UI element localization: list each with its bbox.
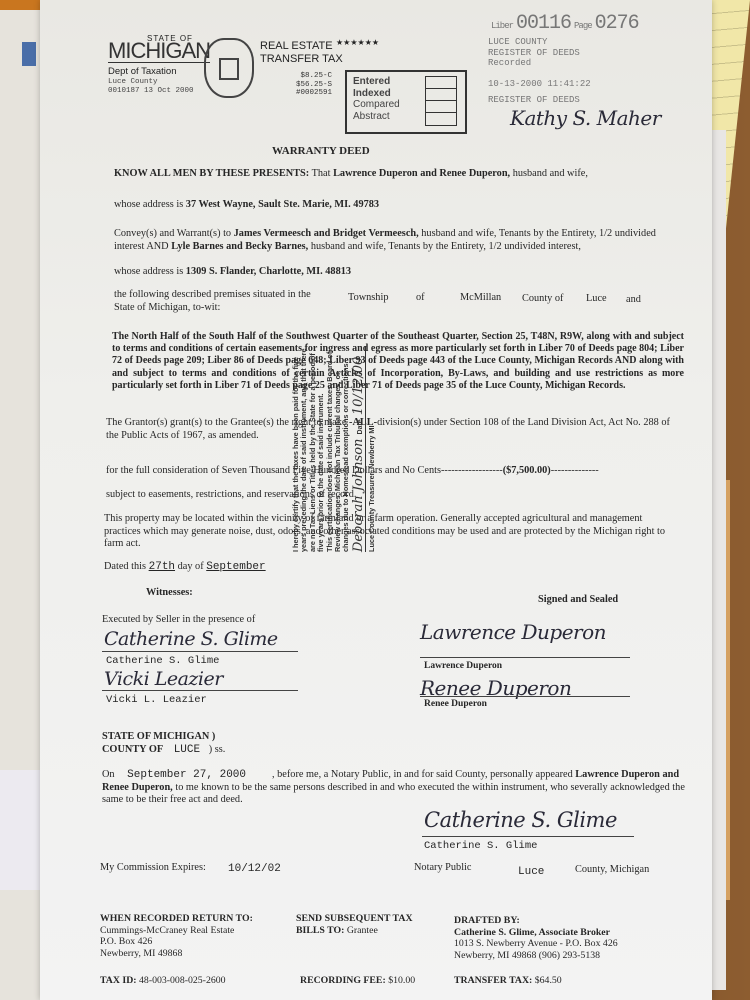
intro-that: That (312, 168, 331, 179)
recording-fee: $10.00 (388, 975, 415, 986)
tax-heading: SEND SUBSEQUENT TAX (296, 913, 413, 925)
grantor-address: 37 West Wayne, Sault Ste. Marie, MI. 497… (186, 199, 379, 210)
liber-page-number: Liber00116Page0276 (488, 12, 639, 35)
dated-label: Dated this (104, 561, 146, 572)
tax-id: 48-003-008-025-2600 (139, 975, 226, 986)
commission-date: 10/12/02 (228, 863, 281, 876)
tax-bills-to: Grantee (347, 925, 378, 936)
tax-bills-block: SEND SUBSEQUENT TAX BILLS TO: Grantee (296, 913, 413, 936)
notary-state: STATE OF MICHIGAN ) (102, 731, 215, 744)
treasurer-date-label: Date (357, 419, 364, 434)
witness-2-name: Vicki L. Leazier (106, 694, 207, 707)
document-title: WARRANTY DEED (272, 145, 370, 158)
grantors: Lawrence Duperon and Renee Duperon, (333, 168, 510, 179)
grantee-2: Lyle Barnes and Becky Barnes, (171, 241, 308, 252)
county-label: County of (522, 293, 563, 306)
stamp-title-line1: REAL ESTATE (260, 40, 343, 53)
stamp-fee-c: $8.25-C (278, 72, 332, 81)
drafted-line-2: Newberry, MI 49868 (906) 293-5138 (454, 950, 618, 962)
intro-clause: KNOW ALL MEN BY THESE PRESENTS: That Law… (114, 168, 674, 181)
treasurer-cert-text: I hereby certify that the taxes have bee… (292, 346, 377, 552)
drafted-by-block: DRAFTED BY: Catherine S. Glime, Associat… (454, 915, 618, 961)
notary-county-value: Luce (518, 866, 544, 879)
convey-clause: Convey(s) and Warrant(s) to James Vermee… (114, 228, 684, 253)
notary-county: LUCE (174, 744, 200, 756)
recording-fee-line: RECORDING FEE: $10.00 (300, 975, 415, 988)
register-status: Recorded (488, 58, 639, 69)
execution-month: September (206, 561, 265, 573)
grantor-address-label: whose address is (114, 199, 183, 210)
abstract-label: Abstract (353, 111, 400, 123)
return-line-3: Newberry, MI 49868 (100, 948, 253, 960)
compared-label: Compared (353, 99, 400, 111)
transfer-tax-line: TRANSFER TAX: $64.50 (454, 975, 562, 988)
stamp-fees: $8.25-C $56.25-S #0002591 (278, 72, 332, 98)
notary-sign-line (422, 836, 634, 837)
tax-id-label: TAX ID: (100, 975, 137, 986)
return-line-2: P.O. Box 426 (100, 936, 253, 948)
treasurer-date: 10/12/00 (351, 357, 366, 415)
tax-bills-label: BILLS TO: (296, 925, 344, 936)
township-label: Township (348, 292, 388, 305)
grantor-1-signature: Lawrence Duperon (420, 620, 606, 644)
notary-name: Catherine S. Glime (424, 840, 537, 853)
page-label: Page (574, 21, 592, 31)
treasurer-cert-text-1: I hereby certify that the taxes have bee… (292, 346, 326, 552)
and-label: and (626, 294, 641, 307)
grantor-1-line (420, 657, 630, 658)
witness-2-signature: Vicki Leazier (104, 668, 223, 690)
register-footer: REGISTER OF DEEDS (488, 95, 639, 106)
drafted-heading: DRAFTED BY: (454, 915, 618, 927)
consideration-tail: -------------- (551, 465, 599, 476)
grantee-address: 1309 S. Flander, Charlotte, MI. 48813 (186, 266, 351, 277)
register-of-deeds-stamp: Liber00116Page0276 LUCE COUNTY REGISTER … (488, 12, 639, 106)
witness-2-line (102, 690, 298, 691)
register-county: LUCE COUNTY (488, 37, 639, 48)
county-michigan-label: County, Michigan (575, 864, 649, 877)
stamp-fee-s: $56.25-S (278, 81, 332, 90)
witness-1-line (102, 651, 298, 652)
township-name: McMillan (460, 292, 501, 305)
notary-date: September 27, 2000 (127, 769, 246, 781)
witness-1-signature: Catherine S. Glime (104, 628, 278, 650)
grantee-1: James Vermeesch and Bridget Vermeesch, (234, 228, 419, 239)
tax-id-line: TAX ID: 48-003-008-025-2600 (100, 975, 226, 988)
stamp-title: REAL ESTATE TRANSFER TAX (260, 40, 343, 66)
warranty-deed-document: STATE OF MICHIGAN Dept of Taxation Luce … (40, 0, 712, 1000)
execution-day: 27th (149, 561, 175, 573)
grantor-2-line (420, 696, 630, 697)
notary-public-label: Notary Public (414, 862, 471, 875)
return-line-1: Cummings-McCraney Real Estate (100, 925, 253, 937)
dated-line: Dated this 27th day of September (104, 561, 266, 574)
notary-paragraph: On September 27, 2000, before me, a Nota… (102, 769, 692, 807)
register-signature: Kathy S. Maher (510, 106, 661, 130)
stamp-serial: #0002591 (278, 89, 332, 98)
executed-label: Executed by Seller in the presence of (102, 614, 255, 627)
notary-county-label: COUNTY OF (102, 744, 163, 755)
treasurer-signature-line: Deborah Johnson Date 10/12/00 (355, 346, 366, 552)
stamp-michigan: MICHIGAN (108, 40, 210, 63)
star-icons: ★★★★★★ (336, 38, 346, 48)
signed-sealed-label: Signed and Sealed (538, 594, 618, 607)
register-timestamp: 10-13-2000 11:41:22 (488, 79, 639, 90)
convey-label: Convey(s) and Warrant(s) to (114, 228, 231, 239)
stamp-county-receipt: Luce County 0010187 13 Oct 2000 (108, 78, 194, 95)
notary-text-a: , before me, a Notary Public, in and for… (272, 769, 573, 780)
stamp-title-line2: TRANSFER TAX (260, 53, 343, 66)
treasurer-signature: Deborah Johnson (351, 439, 366, 552)
notary-county-line: COUNTY OF LUCE ) ss. (102, 744, 225, 757)
liber-label: Liber (491, 21, 513, 31)
indexed-label: Indexed (353, 88, 400, 100)
notary-text-b: to me known to be the same persons descr… (102, 782, 685, 806)
recording-fee-label: RECORDING FEE: (300, 975, 386, 986)
day-of-label: day of (178, 561, 204, 572)
treasurer-certification-stamp: I hereby certify that the taxes have bee… (292, 346, 404, 552)
page-number: 0276 (595, 12, 639, 35)
consideration-amount: ($7,500.00) (503, 465, 551, 476)
michigan-seal-icon (204, 38, 254, 98)
register-office: REGISTER OF DEEDS (488, 48, 639, 59)
witnesses-label: Witnesses: (146, 587, 193, 600)
stamp-county: Luce County (108, 78, 194, 87)
county-name: Luce (586, 293, 607, 306)
checkmark-grid-icon (425, 76, 457, 126)
transfer-tax: $64.50 (535, 975, 562, 986)
drafted-line-1: 1013 S. Newberry Avenue - P.O. Box 426 (454, 938, 618, 950)
entered-indexed-stamp: Entered Indexed Compared Abstract (345, 70, 467, 134)
commission-label: My Commission Expires: (100, 862, 206, 875)
return-heading: WHEN RECORDED RETURN TO: (100, 913, 253, 925)
notary-signature: Catherine S. Glime (424, 808, 617, 832)
register-lines: LUCE COUNTY REGISTER OF DEEDS Recorded 1… (488, 37, 639, 106)
notary-on-label: On (102, 769, 115, 780)
transfer-tax-label: TRANSFER TAX: (454, 975, 532, 986)
grantee-2-relation: husband and wife, Tenants by the Entiret… (311, 241, 581, 252)
grantee-address-label: whose address is (114, 266, 183, 277)
grantor-1-name: Lawrence Duperon (424, 660, 502, 673)
grantors-relation: husband and wife, (513, 168, 588, 179)
witness-1-name: Catherine S. Glime (106, 655, 219, 668)
stamp-receipt: 0010187 13 Oct 2000 (108, 87, 194, 96)
grantee-address-line: whose address is 1309 S. Flander, Charlo… (114, 266, 351, 279)
return-to-block: WHEN RECORDED RETURN TO: Cummings-McCran… (100, 913, 253, 959)
intro-heading: KNOW ALL MEN BY THESE PRESENTS: (114, 168, 309, 179)
treasurer-cert-text-2: This certification does not include curr… (326, 346, 351, 552)
notary-ss: ) ss. (209, 744, 226, 755)
orange-folder-corner (0, 0, 40, 10)
entered-label: Entered (353, 76, 400, 88)
entered-stamp-labels: Entered Indexed Compared Abstract (353, 76, 400, 122)
blue-tab-marker (22, 42, 36, 66)
premises-label: the following described premises situate… (114, 289, 314, 314)
of-label: of (416, 292, 425, 305)
transfer-tax-stamp: STATE OF MICHIGAN Dept of Taxation Luce … (104, 34, 356, 104)
grantor-address-line: whose address is 37 West Wayne, Sault St… (114, 199, 379, 212)
drafted-name: Catherine S. Glime, Associate Broker (454, 927, 618, 939)
liber-number: 00116 (516, 12, 571, 35)
stamp-dept: Dept of Taxation (108, 66, 176, 77)
treasurer-title: Luce County Treasurer, Newberry MI (368, 346, 376, 552)
grantor-2-name: Renee Duperon (424, 698, 487, 711)
